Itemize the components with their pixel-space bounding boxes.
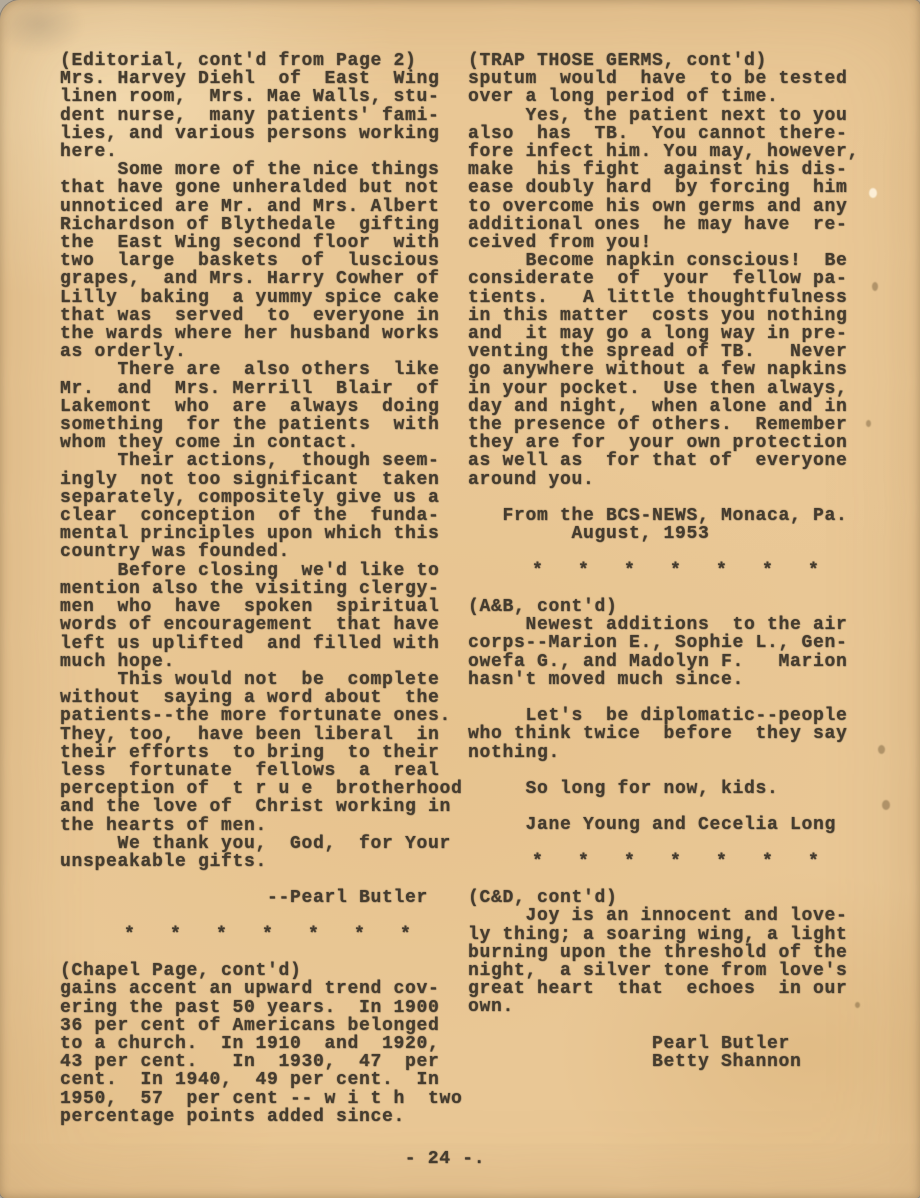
a-and-b-body-text: Newest additions to the air corps--Mario… xyxy=(468,616,868,798)
asterisk-separator: * * * * * * * xyxy=(468,562,868,580)
section-c-and-d: (C&D, cont'd) Joy is an innocent and lov… xyxy=(468,889,868,1071)
c-and-d-body-text: Joy is an innocent and love- ly thing; a… xyxy=(468,907,868,1016)
right-column: (TRAP THOSE GERMS, cont'd) sputum would … xyxy=(468,52,868,1126)
paper-speck xyxy=(882,800,890,810)
trap-those-germs-attribution: From the BCS-NEWS, Monaca, Pa. August, 1… xyxy=(468,507,868,543)
trap-those-germs-body-text: sputum would have to be tested over a lo… xyxy=(468,70,868,489)
section-a-and-b: (A&B, cont'd) Newest additions to the ai… xyxy=(468,598,868,835)
page-columns: (Editorial, cont'd from Page 2) Mrs. Har… xyxy=(60,52,880,1126)
a-and-b-signature: Jane Young and Cecelia Long xyxy=(468,816,868,834)
chapel-page-body-text: gains accent an upward trend cov- ering … xyxy=(60,980,460,1126)
trap-those-germs-continuation-heading: (TRAP THOSE GERMS, cont'd) xyxy=(468,52,868,70)
chapel-page-continuation-heading: (Chapel Page, cont'd) xyxy=(60,962,460,980)
section-trap-those-germs: (TRAP THOSE GERMS, cont'd) sputum would … xyxy=(468,52,868,543)
asterisk-separator: * * * * * * * xyxy=(60,926,460,944)
page-number: - 24 -. xyxy=(0,1150,905,1168)
asterisk-separator: * * * * * * * xyxy=(468,853,868,871)
left-column: (Editorial, cont'd from Page 2) Mrs. Har… xyxy=(60,52,460,1126)
editorial-body-text: Mrs. Harvey Diehl of East Wing linen roo… xyxy=(60,70,460,871)
section-chapel-page: (Chapel Page, cont'd) gains accent an up… xyxy=(60,962,460,1126)
section-editorial: (Editorial, cont'd from Page 2) Mrs. Har… xyxy=(60,52,460,908)
c-and-d-signatures: Pearl Butler Betty Shannon xyxy=(468,1035,868,1071)
editorial-signature: --Pearl Butler xyxy=(60,889,460,907)
c-and-d-continuation-heading: (C&D, cont'd) xyxy=(468,889,868,907)
scan-corner-smudge xyxy=(0,0,84,54)
a-and-b-continuation-heading: (A&B, cont'd) xyxy=(468,598,868,616)
newsletter-page: (Editorial, cont'd from Page 2) Mrs. Har… xyxy=(0,0,920,1198)
editorial-continuation-heading: (Editorial, cont'd from Page 2) xyxy=(60,52,460,70)
